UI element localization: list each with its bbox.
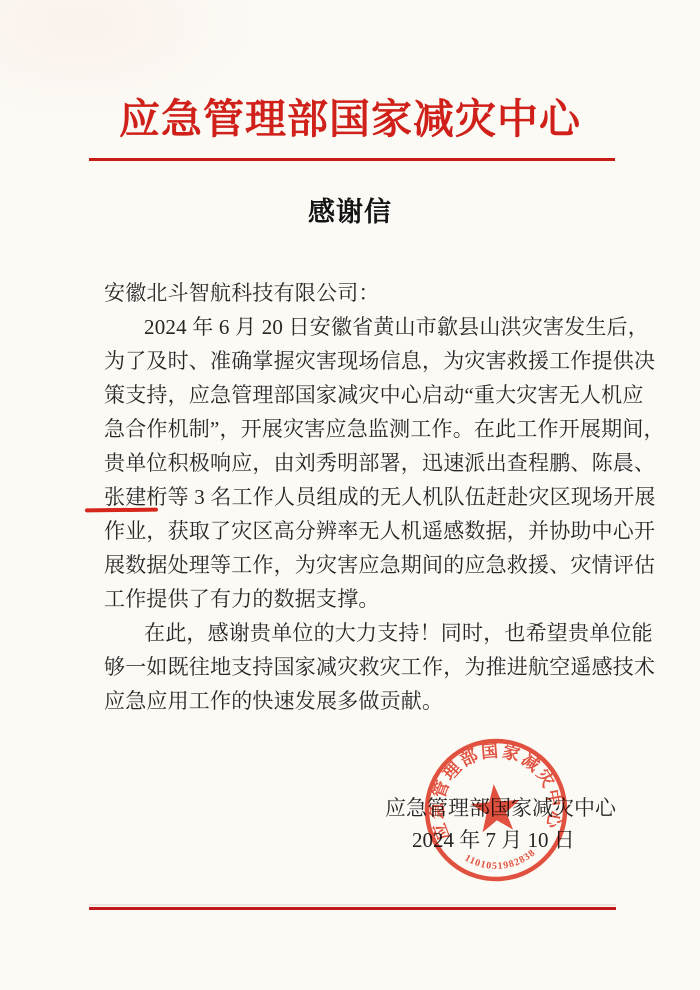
letter-line: 为了及时、准确掌握灾害现场信息，为灾害救援工作提供决 xyxy=(104,344,619,378)
signature-organization: 应急管理部国家减灾中心 xyxy=(385,794,616,822)
letterhead-title: 应急管理部国家减灾中心 xyxy=(0,94,700,144)
salutation-line: 安徽北斗智航科技有限公司： xyxy=(104,276,619,310)
letterhead-rule xyxy=(89,158,615,161)
letter-line: 展数据处理等工作，为灾害应急期间的应急救援、灾情评估 xyxy=(104,548,619,582)
signature-date: 2024 年 7 月 10 日 xyxy=(412,826,575,854)
letter-line: 应急应用工作的快速发展多做贡献。 xyxy=(104,684,619,718)
letter-line: 在此，感谢贵单位的大力支持！同时，也希望贵单位能 xyxy=(104,616,619,650)
letter-page: 应急管理部国家减灾中心 感谢信 安徽北斗智航科技有限公司： 2024 年 6 月… xyxy=(0,0,700,990)
letter-line: 够一如既往地支持国家减灾救灾工作，为推进航空遥感技术 xyxy=(104,650,619,684)
red-name-underline-mark xyxy=(85,508,158,513)
letter-line: 工作提供了有力的数据支撑。 xyxy=(104,582,619,616)
footer-rule xyxy=(89,907,616,910)
letter-line: 贵单位积极响应，由刘秀明部署，迅速派出查程鹏、陈晨、 xyxy=(104,446,619,480)
letter-line: 作业，获取了灾区高分辨率无人机遥感数据，并协助中心开 xyxy=(104,514,619,548)
footer-rule-light xyxy=(89,904,616,906)
letter-line-with-underlined-name: 张建桁等 3 名工作人员组成的无人机队伍赶赴灾区现场开展 xyxy=(104,480,619,514)
letter-line: 急合作机制”，开展灾害应急监测工作。在此工作开展期间， xyxy=(104,412,619,446)
letter-line: 2024 年 6 月 20 日安徽省黄山市歙县山洪灾害发生后， xyxy=(104,310,619,344)
letter-line: 策支持，应急管理部国家减灾中心启动“重大灾害无人机应 xyxy=(104,378,619,412)
letter-body: 安徽北斗智航科技有限公司： 2024 年 6 月 20 日安徽省黄山市歙县山洪灾… xyxy=(104,276,619,718)
line-rest: 等 3 名工作人员组成的无人机队伍赶赴灾区现场开展 xyxy=(168,485,656,509)
underlined-person-name: 张建桁 xyxy=(104,485,168,509)
document-title: 感谢信 xyxy=(0,194,700,230)
